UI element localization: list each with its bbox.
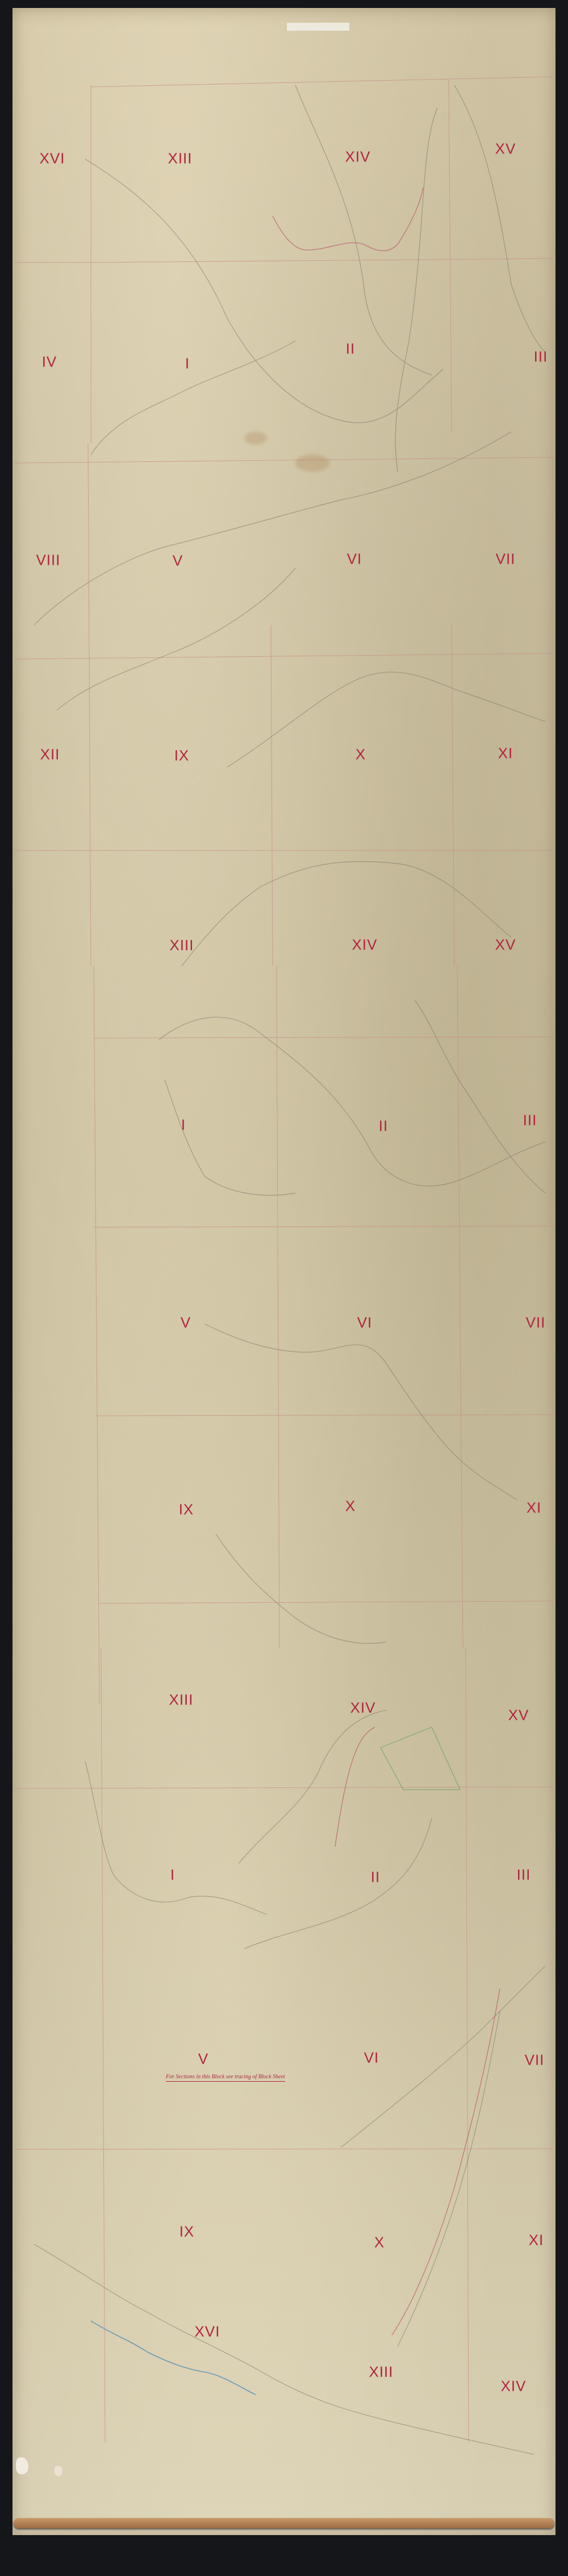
block-label: IX (179, 2223, 195, 2241)
block-label: XIII (169, 1691, 193, 1709)
paper-tear (55, 2466, 62, 2476)
block-label: X (345, 1498, 356, 1515)
block-label: XIV (345, 148, 371, 166)
block-label: X (374, 2234, 385, 2252)
block-label: IX (174, 747, 190, 765)
block-label: VII (525, 2052, 545, 2069)
block-label: VI (347, 551, 362, 568)
block-label: I (181, 1116, 186, 1134)
block-label: III (517, 1866, 531, 1884)
wooden-roller (14, 2518, 554, 2528)
block-label: VIII (36, 552, 60, 569)
tape-strip (287, 23, 349, 31)
block-label: VII (526, 1314, 546, 1332)
block-label: IX (179, 1501, 194, 1519)
block-label: X (356, 746, 366, 764)
block-label: V (173, 552, 183, 570)
block-label: III (534, 348, 548, 366)
block-label: XI (527, 1499, 542, 1517)
block-label: XV (495, 140, 516, 158)
block-label: XV (495, 936, 516, 954)
block-label: XIII (168, 150, 192, 168)
block-label: II (371, 1869, 380, 1886)
blue-river (91, 2321, 256, 2395)
paper-tear (16, 2457, 28, 2474)
block-label: II (346, 340, 355, 358)
block-label: XII (40, 746, 60, 764)
green-boundary (381, 1727, 460, 1790)
block-label: XVI (195, 2323, 220, 2341)
block-label: XI (498, 745, 513, 762)
block-label: V (198, 2050, 208, 2068)
block-label: XI (529, 2232, 544, 2249)
block-label: XVI (40, 150, 65, 168)
water-stain (295, 455, 329, 472)
survey-grid (14, 77, 554, 2443)
block-sheet-note: For Sections in this Block see tracing o… (166, 2074, 285, 2082)
block-label: XIII (369, 2364, 393, 2381)
pencil-survey-lines (34, 85, 545, 2454)
block-label: XIII (169, 937, 194, 954)
block-label: IV (42, 353, 57, 371)
water-stain (244, 432, 267, 444)
block-label: V (181, 1314, 191, 1332)
block-label: I (185, 355, 190, 373)
block-label: III (523, 1112, 537, 1129)
map-linework (0, 0, 568, 2576)
block-label: II (379, 1118, 388, 1135)
block-label: I (170, 1866, 175, 1884)
block-label: XV (508, 1707, 529, 1724)
block-label: VI (357, 1314, 373, 1332)
block-label: XIV (350, 1699, 376, 1717)
block-label: XIV (501, 2378, 527, 2395)
red-roads (273, 187, 500, 2335)
block-label: XIV (352, 936, 378, 954)
block-label: VI (364, 2049, 379, 2067)
block-label: VII (496, 551, 516, 568)
